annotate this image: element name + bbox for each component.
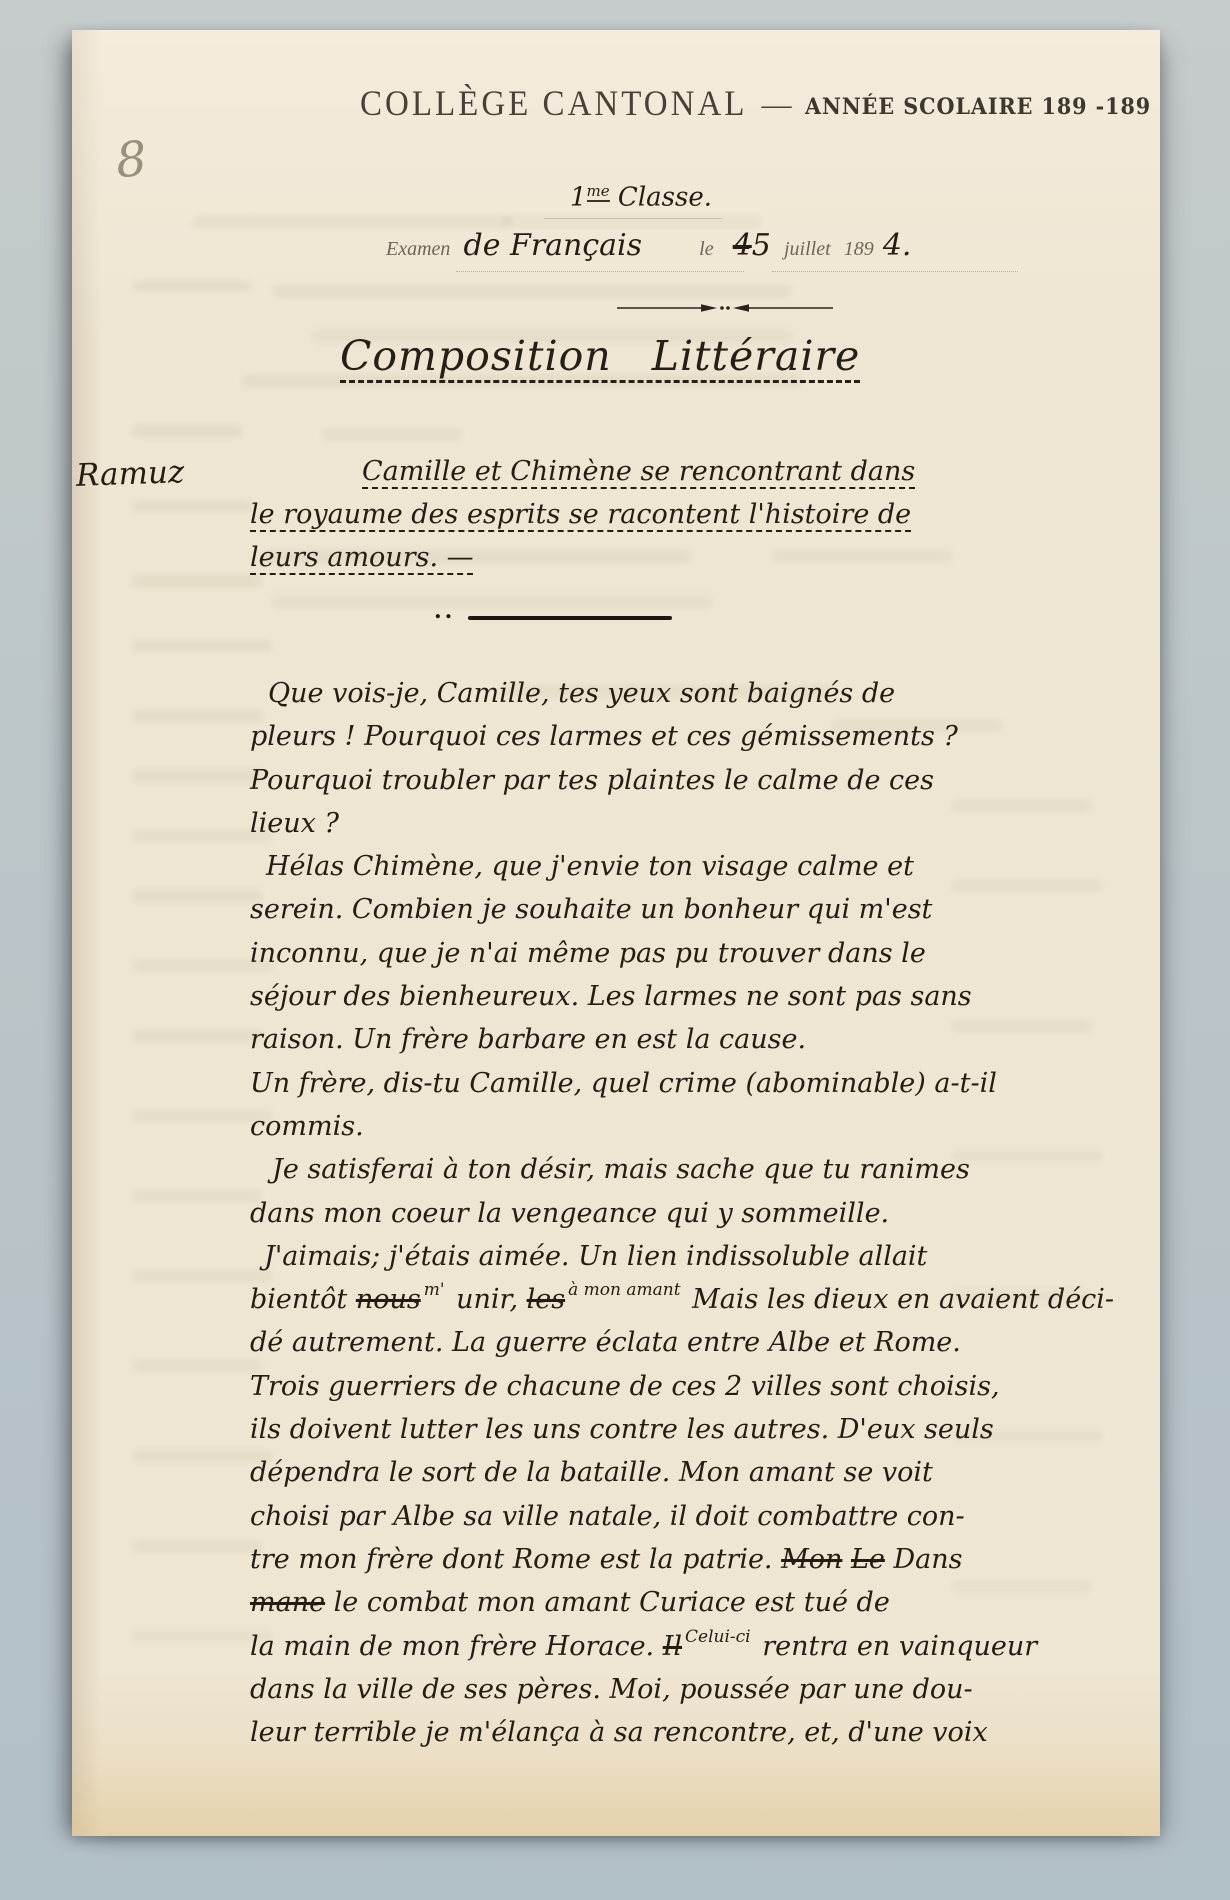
student-name: Ramuz (75, 454, 184, 494)
ink-bleed-mark (192, 215, 512, 229)
ink-bleed-mark (132, 575, 262, 587)
printed-header: COLLÈGE CANTONAL — ANNÉE SCOLAIRE 189 -1… (360, 86, 1174, 123)
exam-subject: de Français (464, 228, 643, 263)
body-line-16: dé autrement. La guerre éclata entre Alb… (250, 1321, 1040, 1364)
date-day-struck: 4 (733, 228, 752, 263)
section-divider-rule (468, 616, 672, 620)
body-line-1: Que vois-je, Camille, tes yeux sont baig… (268, 672, 1040, 715)
body-line-23: la main de mon frère Horace. IlCelui-ci … (250, 1625, 1040, 1668)
body-line-2: pleurs ! Pourquoi ces larmes et ces gémi… (250, 715, 1040, 758)
photo-background: 8 COLLÈGE CANTONAL — ANNÉE SCOLAIRE 189 … (0, 0, 1230, 1900)
margin-pencil-number: 8 (114, 131, 149, 189)
topic-statement: Camille et Chimène se rencontrant dansle… (250, 450, 1010, 579)
body-line-15: bientôt nousm' unir, lesà mon amant Mais… (250, 1278, 1040, 1321)
date-year-printed: 189 (844, 238, 874, 260)
date-day: 5 (752, 228, 771, 263)
ink-bleed-mark (132, 640, 272, 652)
class-word: Classe. (618, 183, 712, 213)
ink-bleed-mark (132, 1030, 262, 1042)
body-line-25: leur terrible je m'élança à sa rencontre… (250, 1711, 1040, 1754)
ink-bleed-mark (132, 1540, 262, 1552)
body-line-11: commis. (250, 1105, 1040, 1148)
ink-bleed-mark (132, 280, 252, 292)
ink-bleed-mark (132, 1190, 262, 1202)
ink-bleed-mark (502, 215, 762, 228)
exam-label: Examen (386, 238, 450, 260)
body-line-8: séjour des bienheureux. Les larmes ne so… (250, 975, 1040, 1018)
flourish-divider-icon (617, 300, 833, 319)
class-number: 1 (570, 183, 587, 213)
ink-bleed-mark (132, 1360, 262, 1372)
ink-bleed-mark (132, 770, 262, 782)
body-line-24: dans la ville de ses pères. Moi, poussée… (250, 1668, 1040, 1711)
ink-bleed-mark (322, 428, 462, 440)
ink-bleed-mark (132, 500, 252, 512)
date-le: le (699, 238, 713, 260)
class-line: 1me Classe. (570, 182, 712, 213)
class-underline-rule (544, 218, 722, 219)
school-year-label: ANNÉE SCOLAIRE 189 -189 (805, 94, 1151, 120)
body-line-20: choisi par Albe sa ville natale, il doit… (250, 1495, 1040, 1538)
body-line-19: dépendra le sort de la bataille. Mon ama… (250, 1451, 1040, 1494)
ink-bleed-mark (132, 710, 262, 722)
school-name: COLLÈGE CANTONAL (360, 85, 747, 125)
topic-line-2: le royaume des esprits se racontent l'hi… (250, 493, 1010, 536)
body-line-4: lieux ? (250, 802, 1040, 845)
topic-line-3: leurs amours. — (250, 536, 1010, 579)
class-ordinal: me (587, 182, 610, 202)
body-line-7: inconnu, que je n'ai même pas pu trouver… (250, 932, 1040, 975)
ink-bleed-mark (132, 425, 242, 437)
composition-title: Composition Littéraire (340, 332, 860, 380)
subject-rule (456, 270, 744, 272)
body-line-10: Un frère, dis-tu Camille, quel crime (ab… (250, 1062, 1040, 1105)
ink-bleed-mark (272, 595, 712, 608)
body-line-3: Pourquoi troubler par tes plaintes le ca… (250, 759, 1040, 802)
ink-bleed-mark (132, 890, 262, 902)
date-year-written: 4. (883, 228, 912, 263)
body-line-6: serein. Combien je souhaite un bonheur q… (250, 888, 1040, 931)
body-line-21: tre mon frère dont Rome est la patrie. M… (250, 1538, 1040, 1581)
body-line-12: Je satisferai à ton désir, mais sache qu… (272, 1148, 1040, 1191)
exam-date-line: Examen de Français le 45 juillet 189 4. (386, 228, 911, 263)
body-line-14: J'aimais; j'étais aimée. Un lien indisso… (264, 1235, 1040, 1278)
body-line-18: ils doivent lutter les uns contre les au… (250, 1408, 1040, 1451)
header-separator: — (761, 88, 791, 122)
body-line-5: Hélas Chimène, que j'envie ton visage ca… (266, 845, 1040, 888)
date-rule (772, 270, 1018, 272)
topic-line-1: Camille et Chimène se rencontrant dans (362, 450, 1010, 493)
section-divider-dots: .. (434, 598, 455, 624)
body-line-9: raison. Un frère barbare en est la cause… (250, 1018, 1040, 1061)
exam-sheet: 8 COLLÈGE CANTONAL — ANNÉE SCOLAIRE 189 … (72, 30, 1160, 1836)
composition-body: Que vois-je, Camille, tes yeux sont baig… (250, 672, 1040, 1754)
body-line-17: Trois guerriers de chacune de ces 2 vill… (250, 1365, 1040, 1408)
body-line-13: dans mon coeur la vengeance qui y sommei… (250, 1192, 1040, 1235)
body-line-22: mane le combat mon amant Curiace est tué… (250, 1581, 1040, 1624)
ink-bleed-mark (272, 285, 792, 298)
date-month: juillet (784, 238, 831, 260)
